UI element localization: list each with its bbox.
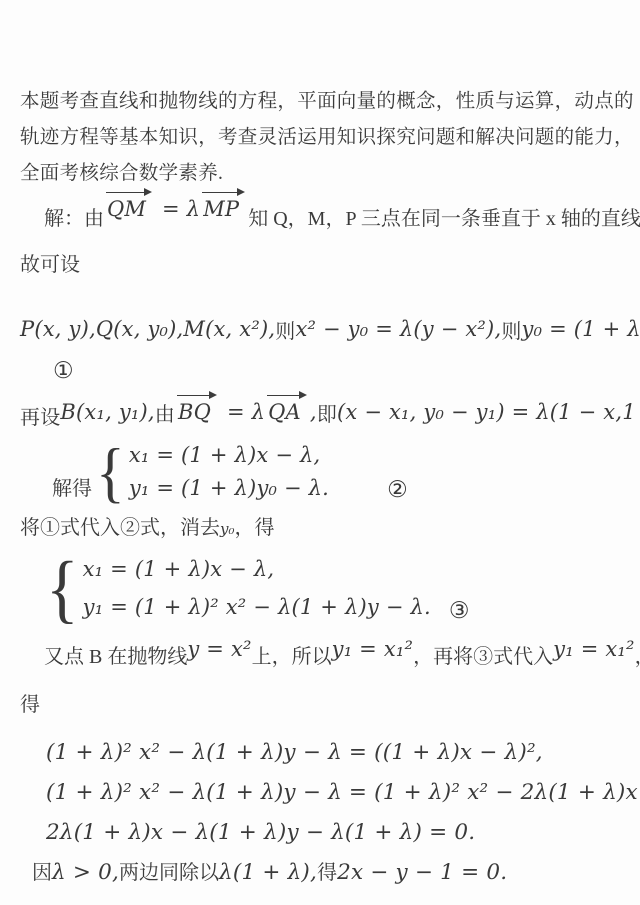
concl-text-3: 得 [317,862,337,884]
concl-math-1: λ > 0, [52,860,119,885]
equation-tag-1: ① [53,358,640,384]
pointb-text-2: 上，所以 [252,646,332,668]
left-brace: { [96,436,125,508]
final-equation-2: (1 + λ)² x² − λ(1 + λ)y − λ = (1 + λ)² x… [46,773,640,813]
system1-rows: x₁ = (1 + λ)x − λ, y₁ = (1 + λ)y₀ − λ. [129,439,329,505]
system2-rows: x₁ = (1 + λ)x − λ, y₁ = (1 + λ)² x² − λ(… [83,550,431,626]
solution-start-line: 解：由QM = λMP知 Q，M，P 三点在同一条垂直于 x 轴的直线上， [20,202,640,248]
concl-math-2: λ(1 + λ), [219,860,317,885]
eq-points-then-1: 则 [275,315,295,344]
eq-b-you: 由 [155,398,175,427]
vector-qa: QA [267,397,306,424]
point-b-line-2: 得 [20,688,640,723]
final-equation-1: (1 + λ)² x² − λ(1 + λ)y − λ = ((1 + λ)x … [46,733,640,773]
system1-label: 解得 [52,474,92,505]
left-brace: { [46,545,79,630]
vector-mp: MP [202,194,244,221]
final-equations: (1 + λ)² x² − λ(1 + λ)y − λ = ((1 + λ)x … [20,733,640,893]
pointb-text-1: 又点 B 在抛物线 [44,646,187,668]
intro-paragraph: 本题考查直线和抛物线的方程，平面向量的概念，性质与运算，动点的 轨迹方程等基本知… [20,84,640,192]
system1-row-2: y₁ = (1 + λ)y₀ − λ. [129,472,329,505]
vector-bq: BQ [177,397,216,424]
equation-system-1: 解得 { x₁ = (1 + λ)x − λ, y₁ = (1 + λ)y₀ −… [20,439,640,505]
eq-b-ji: 即 [317,398,337,427]
eq-points-math-1: P(x, y),Q(x, y₀),M(x, x²), [20,317,275,341]
eq-b-math-4: (x − x₁, y₀ − y₁) = λ(1 − x,1 − y₀), [337,400,640,424]
pointb-text-3: ，再将③式代入 [413,646,553,668]
point-b-line: 又点 B 在抛物线y = x²上，所以y₁ = x₁²，再将③式代入y₁ = x… [20,640,640,688]
eq-points-math-2: x² − y₀ = λ(y − x²), [295,317,501,341]
solve-prefix: 解：由 [44,208,104,230]
eq-b-math-2: = λ [220,400,265,424]
equation-tag-2: ② [387,475,408,505]
intro-line-3: 全面考核综合数学素养. [20,156,640,192]
concl-text-2: 两边同除以 [119,862,219,884]
concl-text-1: 因 [32,862,52,884]
pointb-text-4: ， [635,646,640,668]
eq-b-math-3: , [310,400,317,424]
vector-qm: QM [106,194,151,221]
conclusion-line: 因λ > 0,两边同除以λ(1 + λ),得2x − y − 1 = 0. [32,853,640,893]
equation-tag-3: ③ [449,596,470,626]
eq-b-math-1: B(x₁, y₁), [60,400,154,424]
equals-lambda: = λ [155,197,200,221]
equation-b-line: 再设B(x₁, y₁),由BQ = λQA,即(x − x₁, y₀ − y₁)… [20,396,640,425]
concl-math-3: 2x − y − 1 = 0. [337,860,507,885]
subst-text-1: 将①式代入②式，消去 [20,517,220,539]
system2-row-1: x₁ = (1 + λ)x − λ, [83,550,431,588]
pointb-math-2: y₁ = x₁² [332,637,414,661]
equation-system-2: { x₁ = (1 + λ)x − λ, y₁ = (1 + λ)² x² − … [20,550,640,626]
equation-points-line: P(x, y),Q(x, y₀),M(x, x²),则x² − y₀ = λ(y… [20,313,640,342]
vector-equation: QM = λMP [104,194,248,221]
system1-row-1: x₁ = (1 + λ)x − λ, [129,439,329,472]
solve-suffix: 知 Q，M，P 三点在同一条垂直于 x 轴的直线上， [248,208,640,230]
intro-line-1: 本题考查直线和抛物线的方程，平面向量的概念，性质与运算，动点的 [20,84,640,120]
eq-points-math-3: y₀ = (1 + λ)x [522,317,640,341]
pointb-math-3: y₁ = x₁² [553,637,635,661]
math-solution-page: 本题考查直线和抛物线的方程，平面向量的概念，性质与运算，动点的 轨迹方程等基本知… [0,0,640,893]
subst-y0: y₀ [220,520,235,538]
final-equation-3: 2λ(1 + λ)x − λ(1 + λ)y − λ(1 + λ) = 0. [46,813,640,853]
system2-row-2: y₁ = (1 + λ)² x² − λ(1 + λ)y − λ. [83,588,431,626]
pointb-math-1: y = x² [187,637,251,661]
substitution-line: 将①式代入②式，消去y₀，得 [20,511,640,546]
solve-line-2: 故可设 [20,248,640,283]
intro-line-2: 轨迹方程等基本知识，考查灵活运用知识探究问题和解决问题的能力， [20,120,640,156]
subst-text-2: ，得 [235,517,275,539]
eq-b-zaishe: 再设 [20,401,60,430]
eq-points-then-2: 则 [501,315,521,344]
